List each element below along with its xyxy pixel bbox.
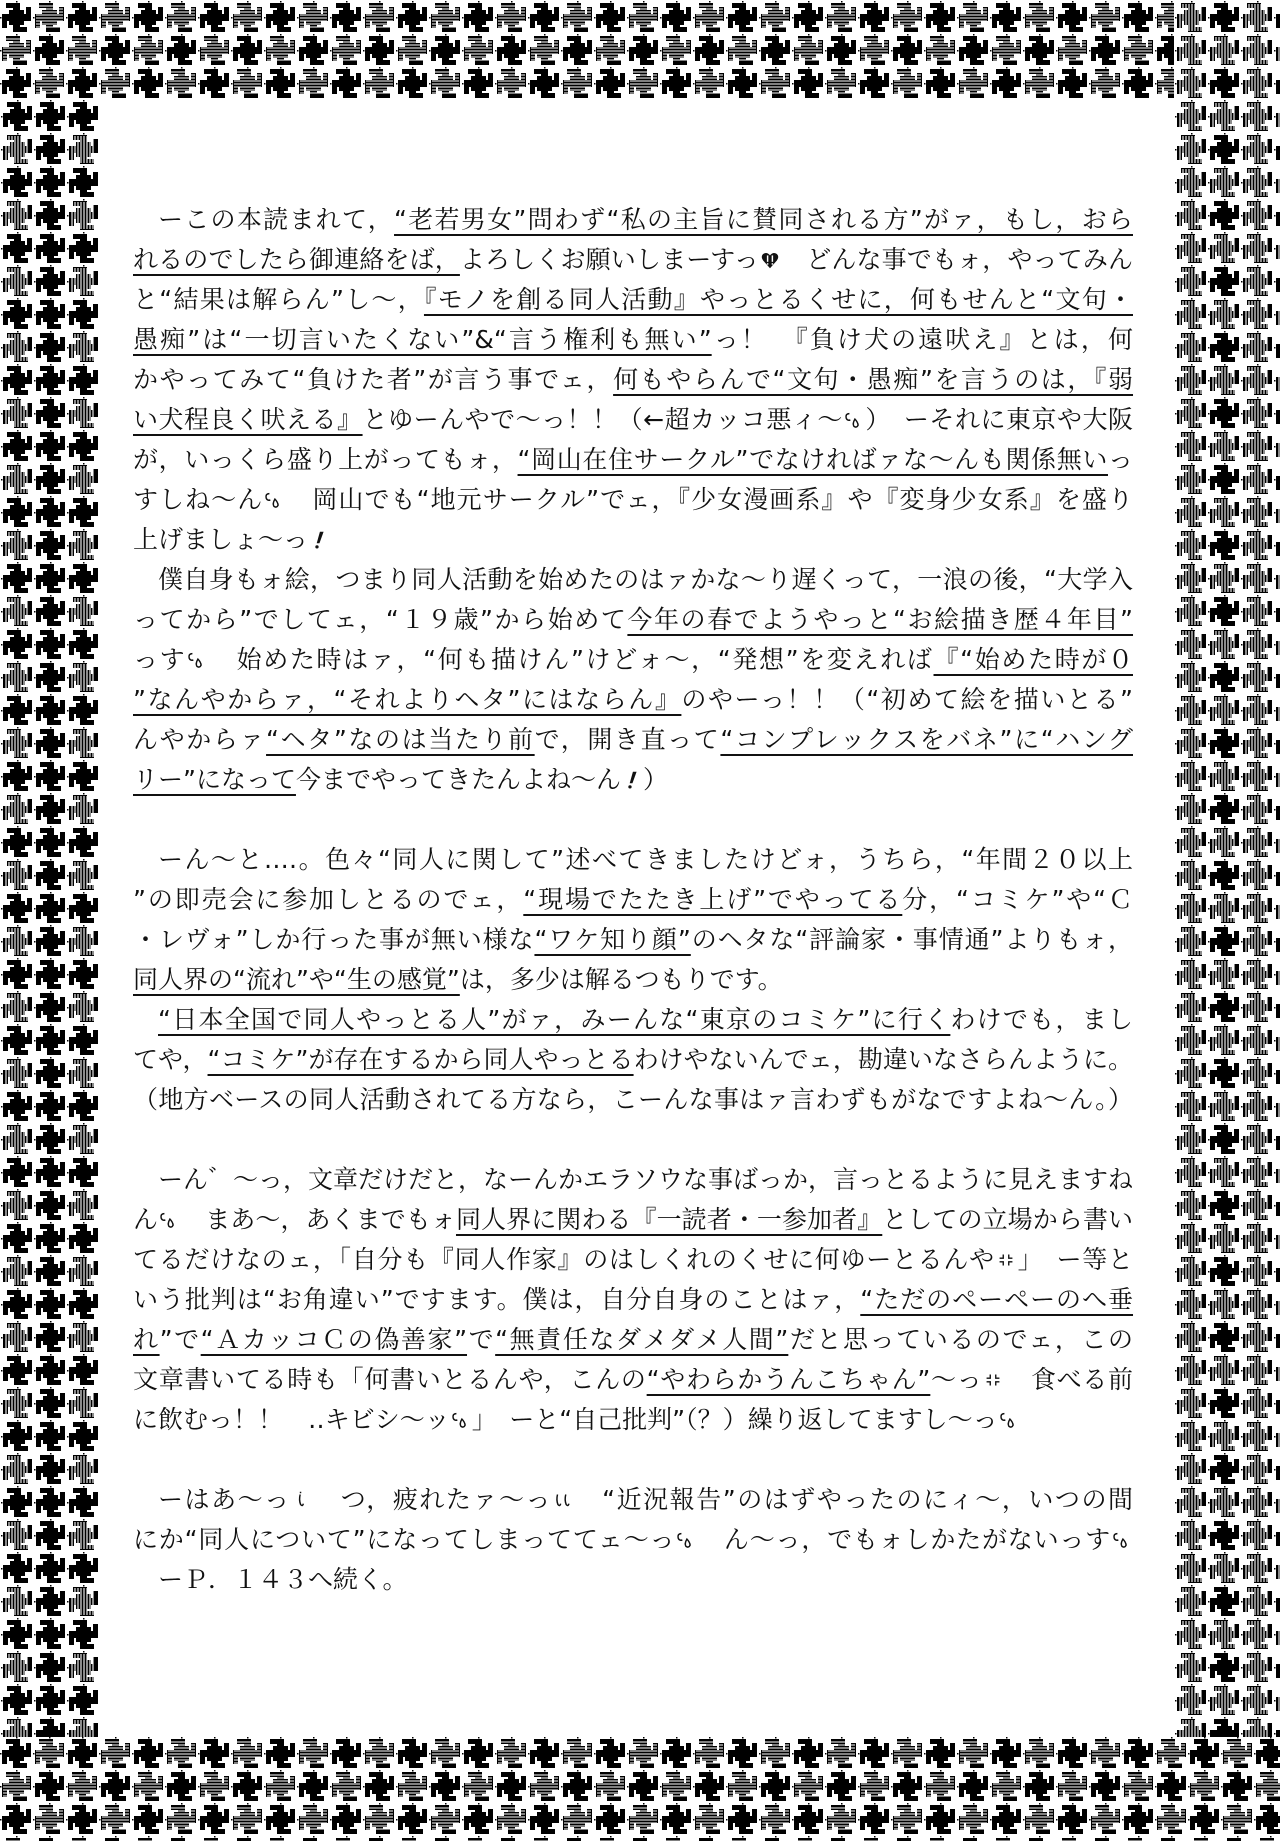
text-line: 上げましょ～っ [133,520,1133,560]
underlined-text: “コミケ”が存在するから同人やっとる [208,1045,634,1074]
tear-drops-double-icon [552,1488,574,1512]
anger-mark-icon [982,1368,1004,1392]
text-run: とゆーんやで～っ！！（←超カッコ悪ィ～ [363,405,843,434]
underlined-text: 今年の春でようやっと“お絵描き歴４年目” [627,605,1133,634]
sweat-drop-icon [675,1528,697,1552]
text-run: で，開き直って [535,725,721,754]
text-line: “日本全国で同人やっとる人”がァ，みーんな“東京のコミケ”に行くわけでも，まし [133,1000,1133,1040]
underlined-text: 何もやらんで“文句・愚痴”を言うのは，『弱 [613,365,1133,394]
text-line: にか“同人について”になってしまっててェ～っ ん～っ，でもォしかたがないっす [133,1520,1133,1560]
underlined-text: ”なんやからァ，“それよりヘタ”にはならん』 [133,685,681,714]
paragraph: ーこの本読まれて，“老若男女”問わず“私の主旨に賛同される方”がァ，もし，おら … [133,200,1133,800]
paragraph: ーん゛～っ，文章だけだと，なーんかエラソウな事ばっか，言っとるように見えますね … [133,1160,1133,1440]
underlined-text: “無責任なダメダメ人間” [495,1325,788,1354]
text-run: 食べる前 [1004,1365,1133,1394]
underlined-text: リー”になって [133,765,296,794]
text-run: 上げましょ～っ [133,525,308,554]
text-line: い犬程良く吠える』とゆーんやで～っ！！（←超カッコ悪ィ～） ーそれに東京や大阪 [133,400,1133,440]
exclamation-icon [621,768,643,792]
text-run: ーこの本読まれて， [158,205,394,234]
text-line: いう批判は“お角違い”ですます。僕は，自分自身のことはァ，“ただのペーペーのへ垂 [133,1280,1133,1320]
text-run: 」 ー等と [1017,1245,1133,1274]
underlined-text: れるのでしたら御連絡をば， [133,245,460,274]
text-run: ん [133,1205,158,1234]
text-line: ーはあ～っ つ，疲れたァ～っ “近況報告”のはずやったのにィ～，いつの間 [133,1480,1133,1520]
text-run: ） ーそれに東京や大阪 [865,405,1133,434]
text-run: ーん゛～っ，文章だけだと，なーんかエラソウな事ばっか，言っとるように見えますね [158,1165,1133,1194]
text-line: ”の即売会に参加しとるのでェ，“現場でたたき上げ”でやってる分，“コミケ”や“Ｃ [133,880,1133,920]
border-band-right [1174,0,1280,1737]
paragraph: ーん～と‥‥。色々“同人に関して”述べてきましたけどォ，うちら，“年間２０以上 … [133,840,1133,1120]
text-line: ってから”でしてェ，“１９歳”から始めて今年の春でようやっと“お絵描き歴４年目” [133,600,1133,640]
underlined-text: い犬程良く吠える』 [133,405,363,434]
underlined-text: 『“始めた時が０ [934,645,1133,674]
underlined-text: “岡山在住サークル”でなければァな～んも関係無い [518,445,1108,474]
text-run: （地方ベースの同人活動されてる方なら，こーんな事はァ言わずもがなですよね～ん。） [133,1085,1133,1114]
text-line: が，いっくら盛り上がってもォ，“岡山在住サークル”でなければァな～んも関係無いっ [133,440,1133,480]
text-run: ーＰ．１４３へ続く。 [158,1565,408,1594]
underlined-text: “コンプレックスをバネ”に“ハング [720,725,1133,754]
sweat-drop-icon [158,1208,180,1232]
heart-exclaim-icon [759,248,781,272]
text-run: としての立場から書い [882,1205,1133,1234]
text-run: ーん～と‥‥。色々“同人に関して”述べてきましたけどォ，うちら，“年間２０以上 [158,845,1133,874]
text-line: 愚痴”は“一切言いたくない”&“言う権利も無い”っ！ 『負け犬の遠吠え』とは，何 [133,320,1133,360]
underlined-text: “やわらかうんこちゃん” [647,1365,931,1394]
text-run: っ！ 『負け犬の遠吠え』とは，何 [712,325,1133,354]
sweat-drop-icon [186,648,208,672]
text-run: ） [643,765,668,794]
text-run: ーはあ～っ [158,1485,291,1514]
text-line: ーん゛～っ，文章だけだと，なーんかエラソウな事ばっか，言っとるように見えますね [133,1160,1133,1200]
underlined-text: れ [133,1325,160,1354]
text-line: と“結果は解らん”し～，『モノを創る同人活動』やっとるくせに，何もせんと“文句・ [133,280,1133,320]
text-line: 僕自身もォ絵，つまり同人活動を始めたのはァかな～り遅くって，一浪の後，“大学入 [133,560,1133,600]
text-run: かやってみて“負けた者”が言う事でェ， [133,365,613,394]
text-line: かやってみて“負けた者”が言う事でェ，何もやらんで“文句・愚痴”を言うのは，『弱 [133,360,1133,400]
tear-drop-icon [291,1488,313,1512]
text-run: と“結果は解らん”し～， [133,285,424,314]
text-run: よろしくお願いしまーすっ [460,245,759,274]
text-run: どんな事でもォ，やってみん [781,245,1133,274]
text-line: てや，“コミケ”が存在するから同人やっとるわけやないんでェ，勘違いなさらんように… [133,1040,1133,1080]
text-run: ・レヴォ”しか行った事が無い様な [133,925,534,954]
text-run: ”の即売会に参加しとるのでェ， [133,885,523,914]
exclamation-icon [308,528,330,552]
text-line: てるだけなのェ，「自分も『同人作家』のはしくれのくせに何ゆーとるんや」 ー等と [133,1240,1133,1280]
underlined-text: 同人界の“流れ”や“生の感覚” [133,965,460,994]
text-line: ”なんやからァ，“それよりヘタ”にはならん』のやーっ！！（“初めて絵を描いとる” [133,680,1133,720]
text-run: に飲むっ！！ ‥キビシ～ッ [133,1405,450,1434]
text-run: 分，“コミケ”や“Ｃ [902,885,1133,914]
text-run: は，多少は解るつもりです。 [460,965,783,994]
underlined-text: 『モノを創る同人活動』やっとるくせに，何もせんと“文句・ [424,285,1133,314]
text-run: んやからァ [133,725,266,754]
anger-mark-icon [995,1248,1017,1272]
text-run: ”で [160,1325,201,1354]
text-line: に飲むっ！！ ‥キビシ～ッ」 ーと“自己批判”（？）繰り返してますし～っ [133,1400,1133,1440]
text-run: だと思っているのでェ，この [788,1325,1133,1354]
text-line: ーこの本読まれて，“老若男女”問わず“私の主旨に賛同される方”がァ，もし，おら [133,200,1133,240]
sweat-drop-icon [263,488,285,512]
text-line: れ”で“ＡカッコＣの偽善家”で“無責任なダメダメ人間”だと思っているのでェ，この [133,1320,1133,1360]
sweat-drop-icon [1111,1528,1133,1552]
text-line: んやからァ“ヘタ”なのは当たり前で，開き直って“コンプレックスをバネ”に“ハング [133,720,1133,760]
underlined-text: “ヘタ”なのは当たり前 [266,725,535,754]
text-run: のヘタな“評論家・事情通”よりもォ， [691,925,1133,954]
sweat-drop-icon [843,408,865,432]
sweat-drop-icon [998,1408,1020,1432]
text-run: 今までやってきたんよね～ん [296,765,621,794]
text-line: リー”になって今までやってきたんよね～ん） [133,760,1133,800]
underlined-text: “ワケ知り顔” [534,925,690,954]
border-band-top [0,0,1174,100]
paragraph: ーはあ～っ つ，疲れたァ～っ “近況報告”のはずやったのにィ～，いつの間 にか“… [133,1480,1133,1600]
text-run: まあ～，あくまでもォ [180,1205,456,1234]
underlined-text: 同人界に関わる『一読者・一参加者』 [456,1205,882,1234]
document-body: ーこの本読まれて，“老若男女”問わず“私の主旨に賛同される方”がァ，もし，おら … [133,200,1133,1640]
text-run: のやーっ！！（“初めて絵を描いとる” [681,685,1133,714]
text-line: すしね～ん 岡山でも“地元サークル”でェ，『少女漫画系』や『変身少女系』を盛り [133,480,1133,520]
text-line: （地方ベースの同人活動されてる方なら，こーんな事はァ言わずもがなですよね～ん。） [133,1080,1133,1120]
border-band-bottom [0,1737,1280,1841]
text-line: ーん～と‥‥。色々“同人に関して”述べてきましたけどォ，うちら，“年間２０以上 [133,840,1133,880]
text-line: ・レヴォ”しか行った事が無い様な“ワケ知り顔”のヘタな“評論家・事情通”よりもォ… [133,920,1133,960]
text-run: 文章書いてる時も「何書いとるんや，こんの [133,1365,647,1394]
border-band-left [0,100,100,1737]
text-run: つ，疲れたァ～っ [313,1485,552,1514]
text-run: ってから”でしてェ，“１９歳”から始めて [133,605,627,634]
text-run: っ [1108,445,1133,474]
underlined-text: “ＡカッコＣの偽善家” [201,1325,467,1354]
text-run: ～っ [930,1365,982,1394]
text-run: にか“同人について”になってしまっててェ～っ [133,1525,675,1554]
text-line: 同人界の“流れ”や“生の感覚”は，多少は解るつもりです。 [133,960,1133,1000]
text-run: てるだけなのェ，「自分も『同人作家』のはしくれのくせに何ゆーとるんや [133,1245,995,1274]
continued-on-page-note: ーＰ．１４３へ続く。 [133,1560,1133,1600]
text-run: で [467,1325,495,1354]
sweat-drop-icon [450,1408,472,1432]
text-run: わけでも，まし [950,1005,1133,1034]
underlined-text: “日本全国で同人やっとる人”がァ，みーんな“東京のコミケ”に行く [158,1005,950,1034]
text-line: 文章書いてる時も「何書いとるんや，こんの“やわらかうんこちゃん”～っ 食べる前 [133,1360,1133,1400]
text-run: わけやないんでェ，勘違いなさらんように。 [634,1045,1133,1074]
text-run: が，いっくら盛り上がってもォ， [133,445,518,474]
underlined-text: “現場でたたき上げ”でやってる [523,885,902,914]
text-line: れるのでしたら御連絡をば，よろしくお願いしまーすっ どんな事でもォ，やってみん [133,240,1133,280]
underlined-text: “ただのペーペーのへ垂 [860,1285,1133,1314]
text-run: 始めた時はァ，“何も描けん”けどォ～，“発想”を変えれば [208,645,933,674]
text-run: っす [133,645,186,674]
text-run: てや， [133,1045,208,1074]
text-run: ん～っ，でもォしかたがないっす [697,1525,1111,1554]
text-line: っす 始めた時はァ，“何も描けん”けどォ～，“発想”を変えれば『“始めた時が０ [133,640,1133,680]
text-run: すしね～ん [133,485,263,514]
text-run: 僕自身もォ絵，つまり同人活動を始めたのはァかな～り遅くって，一浪の後，“大学入 [158,565,1133,594]
text-run: 」 ーと“自己批判”（？）繰り返してますし～っ [472,1405,998,1434]
underlined-text: “老若男女”問わず“私の主旨に賛同される方”がァ，もし，おら [394,205,1133,234]
text-run: 岡山でも“地元サークル”でェ，『少女漫画系』や『変身少女系』を盛り [285,485,1133,514]
text-run: “近況報告”のはずやったのにィ～，いつの間 [574,1485,1133,1514]
underlined-text: 愚痴”は“一切言いたくない”&“言う権利も無い” [133,325,712,354]
text-run: いう批判は“お角違い”ですます。僕は，自分自身のことはァ， [133,1285,860,1314]
text-line: ん まあ～，あくまでもォ同人界に関わる『一読者・一参加者』としての立場から書い [133,1200,1133,1240]
